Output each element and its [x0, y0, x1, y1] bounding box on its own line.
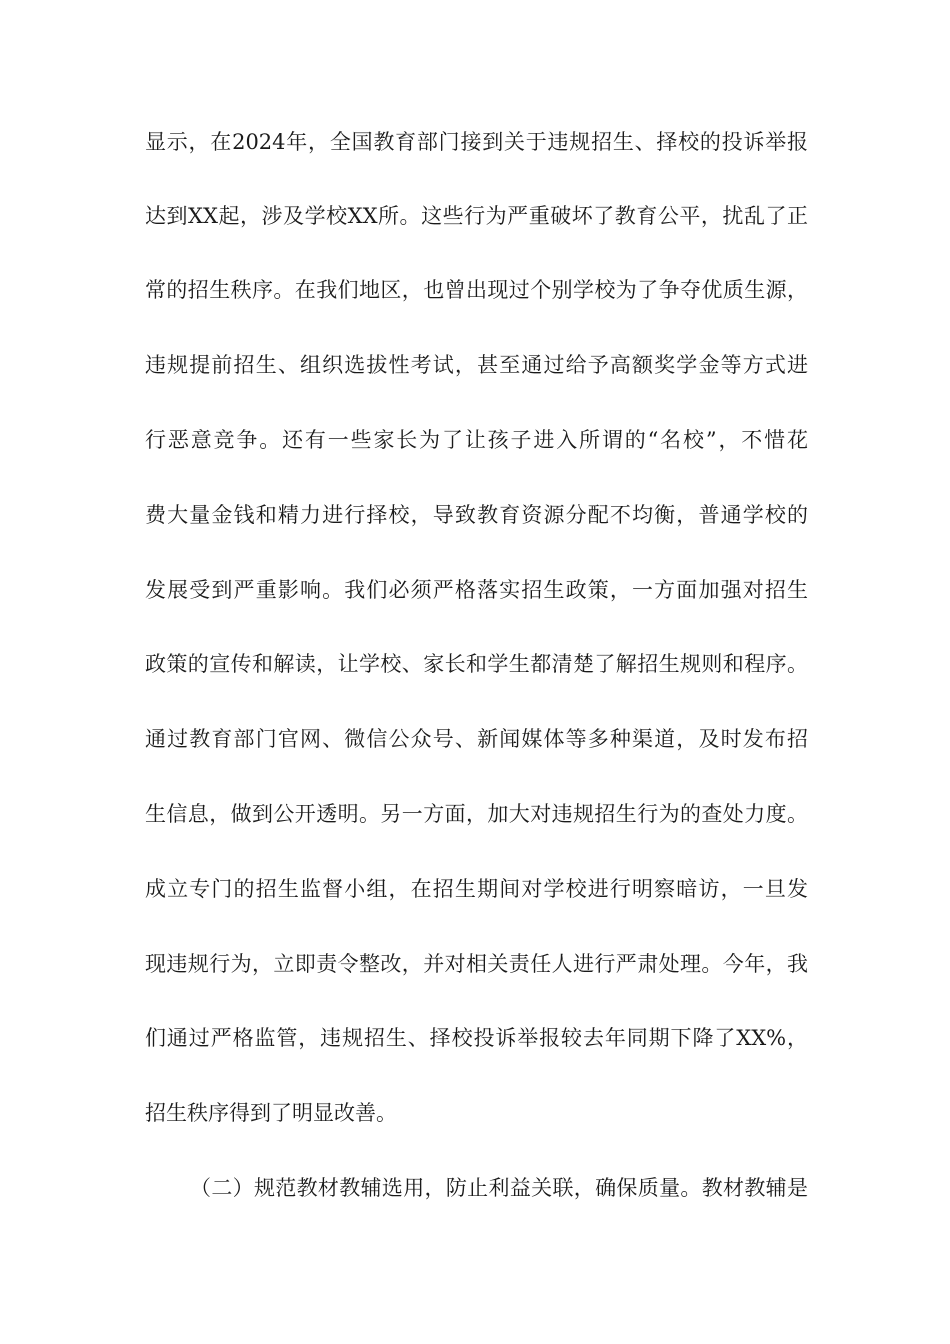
paragraph-line: 们通过严格监管，违规招生、择校投诉举报较去年同期下降了XX%，: [145, 1022, 808, 1054]
paragraph-line-last: 招生秩序得到了明显改善。: [145, 1097, 808, 1129]
paragraph-line: 现违规行为，立即责令整改，并对相关责任人进行严肃处理。今年，我: [145, 948, 808, 980]
paragraph-line: 行恶意竞争。还有一些家长为了让孩子进入所谓的“名校”，不惜花: [145, 424, 808, 456]
paragraph-line: 成立专门的招生监督小组，在招生期间对学校进行明察暗访，一旦发: [145, 873, 808, 905]
paragraph-line: 费大量金钱和精力进行择校，导致教育资源分配不均衡，普通学校的: [145, 499, 808, 531]
paragraph-line: 通过教育部门官网、微信公众号、新闻媒体等多种渠道，及时发布招: [145, 723, 808, 755]
paragraph-line: 政策的宣传和解读，让学校、家长和学生都清楚了解招生规则和程序。: [145, 648, 808, 680]
section-heading-line: （二）规范教材教辅选用，防止利益关联，确保质量。教材教辅是: [190, 1172, 808, 1204]
paragraph-line: 显示，在2024年，全国教育部门接到关于违规招生、择校的投诉举报: [145, 126, 808, 158]
document-page: 显示，在2024年，全国教育部门接到关于违规招生、择校的投诉举报 达到XX起，涉…: [0, 0, 950, 1344]
paragraph-line: 违规提前招生、组织选拔性考试，甚至通过给予高额奖学金等方式进: [145, 349, 808, 381]
paragraph-line: 生信息，做到公开透明。另一方面，加大对违规招生行为的查处力度。: [145, 798, 808, 830]
paragraph-line: 常的招生秩序。在我们地区，也曾出现过个别学校为了争夺优质生源，: [145, 274, 808, 306]
paragraph-line: 达到XX起，涉及学校XX所。这些行为严重破坏了教育公平，扰乱了正: [145, 200, 808, 232]
paragraph-line: 发展受到严重影响。我们必须严格落实招生政策，一方面加强对招生: [145, 574, 808, 606]
